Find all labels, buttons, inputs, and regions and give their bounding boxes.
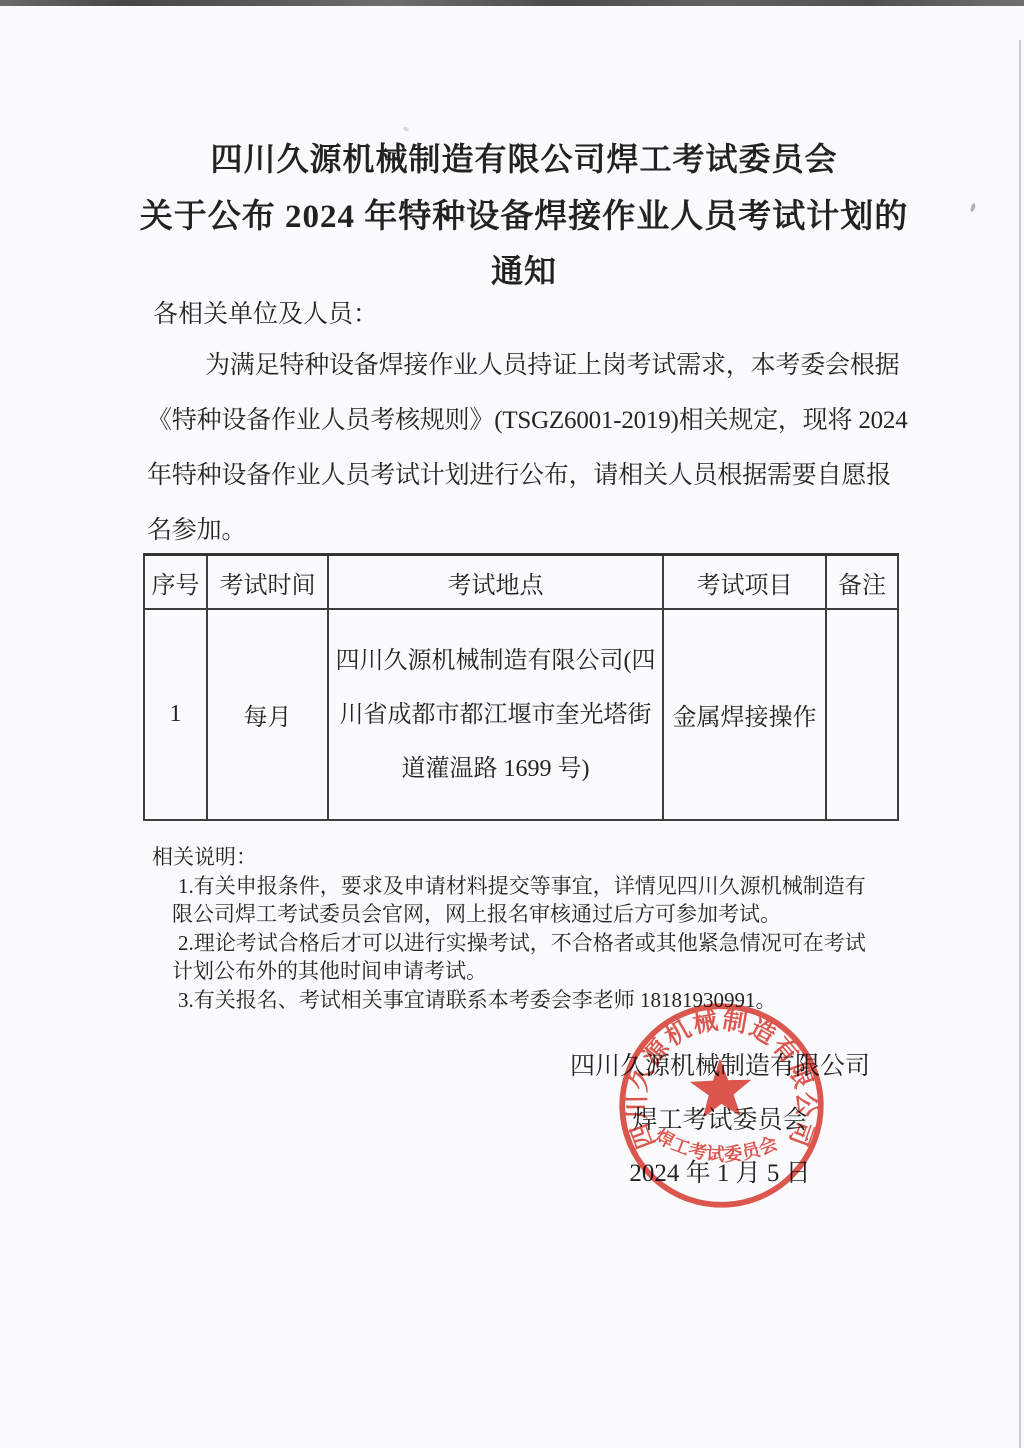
exam-plan-table: 序号 考试时间 考试地点 考试项目 备注 1 每月 四川久源机械制造有限公司(四… bbox=[143, 553, 899, 821]
scanned-notice-page: 四川久源机械制造有限公司焊工考试委员会 关于公布 2024 年特种设备焊接作业人… bbox=[0, 0, 1024, 1448]
cell-seq: 1 bbox=[144, 609, 207, 820]
location-line: 道灌温路 1699 号) bbox=[329, 742, 662, 796]
note-line: 限公司焊工考试委员会官网，网上报名审核通过后方可参加考试。 bbox=[152, 900, 900, 929]
note-line: 计划公布外的其他时间申请考试。 bbox=[152, 957, 900, 986]
doc-title-subject: 关于公布 2024 年特种设备焊接作业人员考试计划的 bbox=[24, 190, 1024, 237]
col-header-project: 考试项目 bbox=[663, 555, 826, 610]
col-header-location: 考试地点 bbox=[328, 555, 663, 610]
note-line: 1.有关申报条件，要求及申请材料提交等事宜，详情见四川久源机械制造有 bbox=[152, 872, 900, 901]
body-paragraph: 为满足特种设备焊接作业人员持证上岗考试需求，本考委会根据 《特种设备作业人员考核… bbox=[147, 338, 889, 558]
body-line: 《特种设备作业人员考核规则》(TSGZ6001-2019)相关规定，现将 202… bbox=[147, 393, 889, 448]
location-line: 川省成都市都江堰市奎光塔街 bbox=[329, 688, 662, 742]
body-line: 年特种设备作业人员考试计划进行公布，请相关人员根据需要自愿报 bbox=[147, 448, 889, 503]
notes-heading: 相关说明： bbox=[152, 843, 900, 872]
seal-bottom-text: 焊工考试委员会 bbox=[651, 1121, 782, 1168]
body-line: 名参加。 bbox=[147, 503, 889, 558]
doc-title-committee: 四川久源机械制造有限公司焊工考试委员会 bbox=[24, 134, 1024, 180]
notes-section: 相关说明： 1.有关申报条件，要求及申请材料提交等事宜，详情见四川久源机械制造有… bbox=[152, 843, 900, 1015]
salutation: 各相关单位及人员： bbox=[153, 294, 378, 330]
cell-project: 金属焊接操作 bbox=[663, 609, 826, 820]
scan-edge-artifact bbox=[0, 0, 1024, 6]
location-line: 四川久源机械制造有限公司(四 bbox=[329, 634, 662, 688]
col-header-remark: 备注 bbox=[826, 555, 898, 610]
doc-title-notice: 通知 bbox=[24, 246, 1024, 292]
col-header-time: 考试时间 bbox=[207, 555, 328, 610]
table-header-row: 序号 考试时间 考试地点 考试项目 备注 bbox=[144, 555, 898, 610]
scan-speck bbox=[402, 126, 409, 132]
col-header-seq: 序号 bbox=[144, 555, 207, 610]
body-line: 为满足特种设备焊接作业人员持证上岗考试需求，本考委会根据 bbox=[147, 338, 889, 393]
cell-location: 四川久源机械制造有限公司(四 川省成都市都江堰市奎光塔街 道灌温路 1699 号… bbox=[328, 609, 663, 820]
note-line: 2.理论考试合格后才可以进行实操考试，不合格者或其他紧急情况可在考试 bbox=[152, 929, 900, 958]
table-row: 1 每月 四川久源机械制造有限公司(四 川省成都市都江堰市奎光塔街 道灌温路 1… bbox=[144, 609, 898, 820]
cell-remark bbox=[826, 609, 898, 820]
cell-time: 每月 bbox=[207, 609, 328, 820]
official-seal-stamp: 四川久源机械制造有限公司 焊工考试委员会 bbox=[617, 1001, 826, 1210]
seal-star-icon bbox=[689, 1057, 753, 1118]
